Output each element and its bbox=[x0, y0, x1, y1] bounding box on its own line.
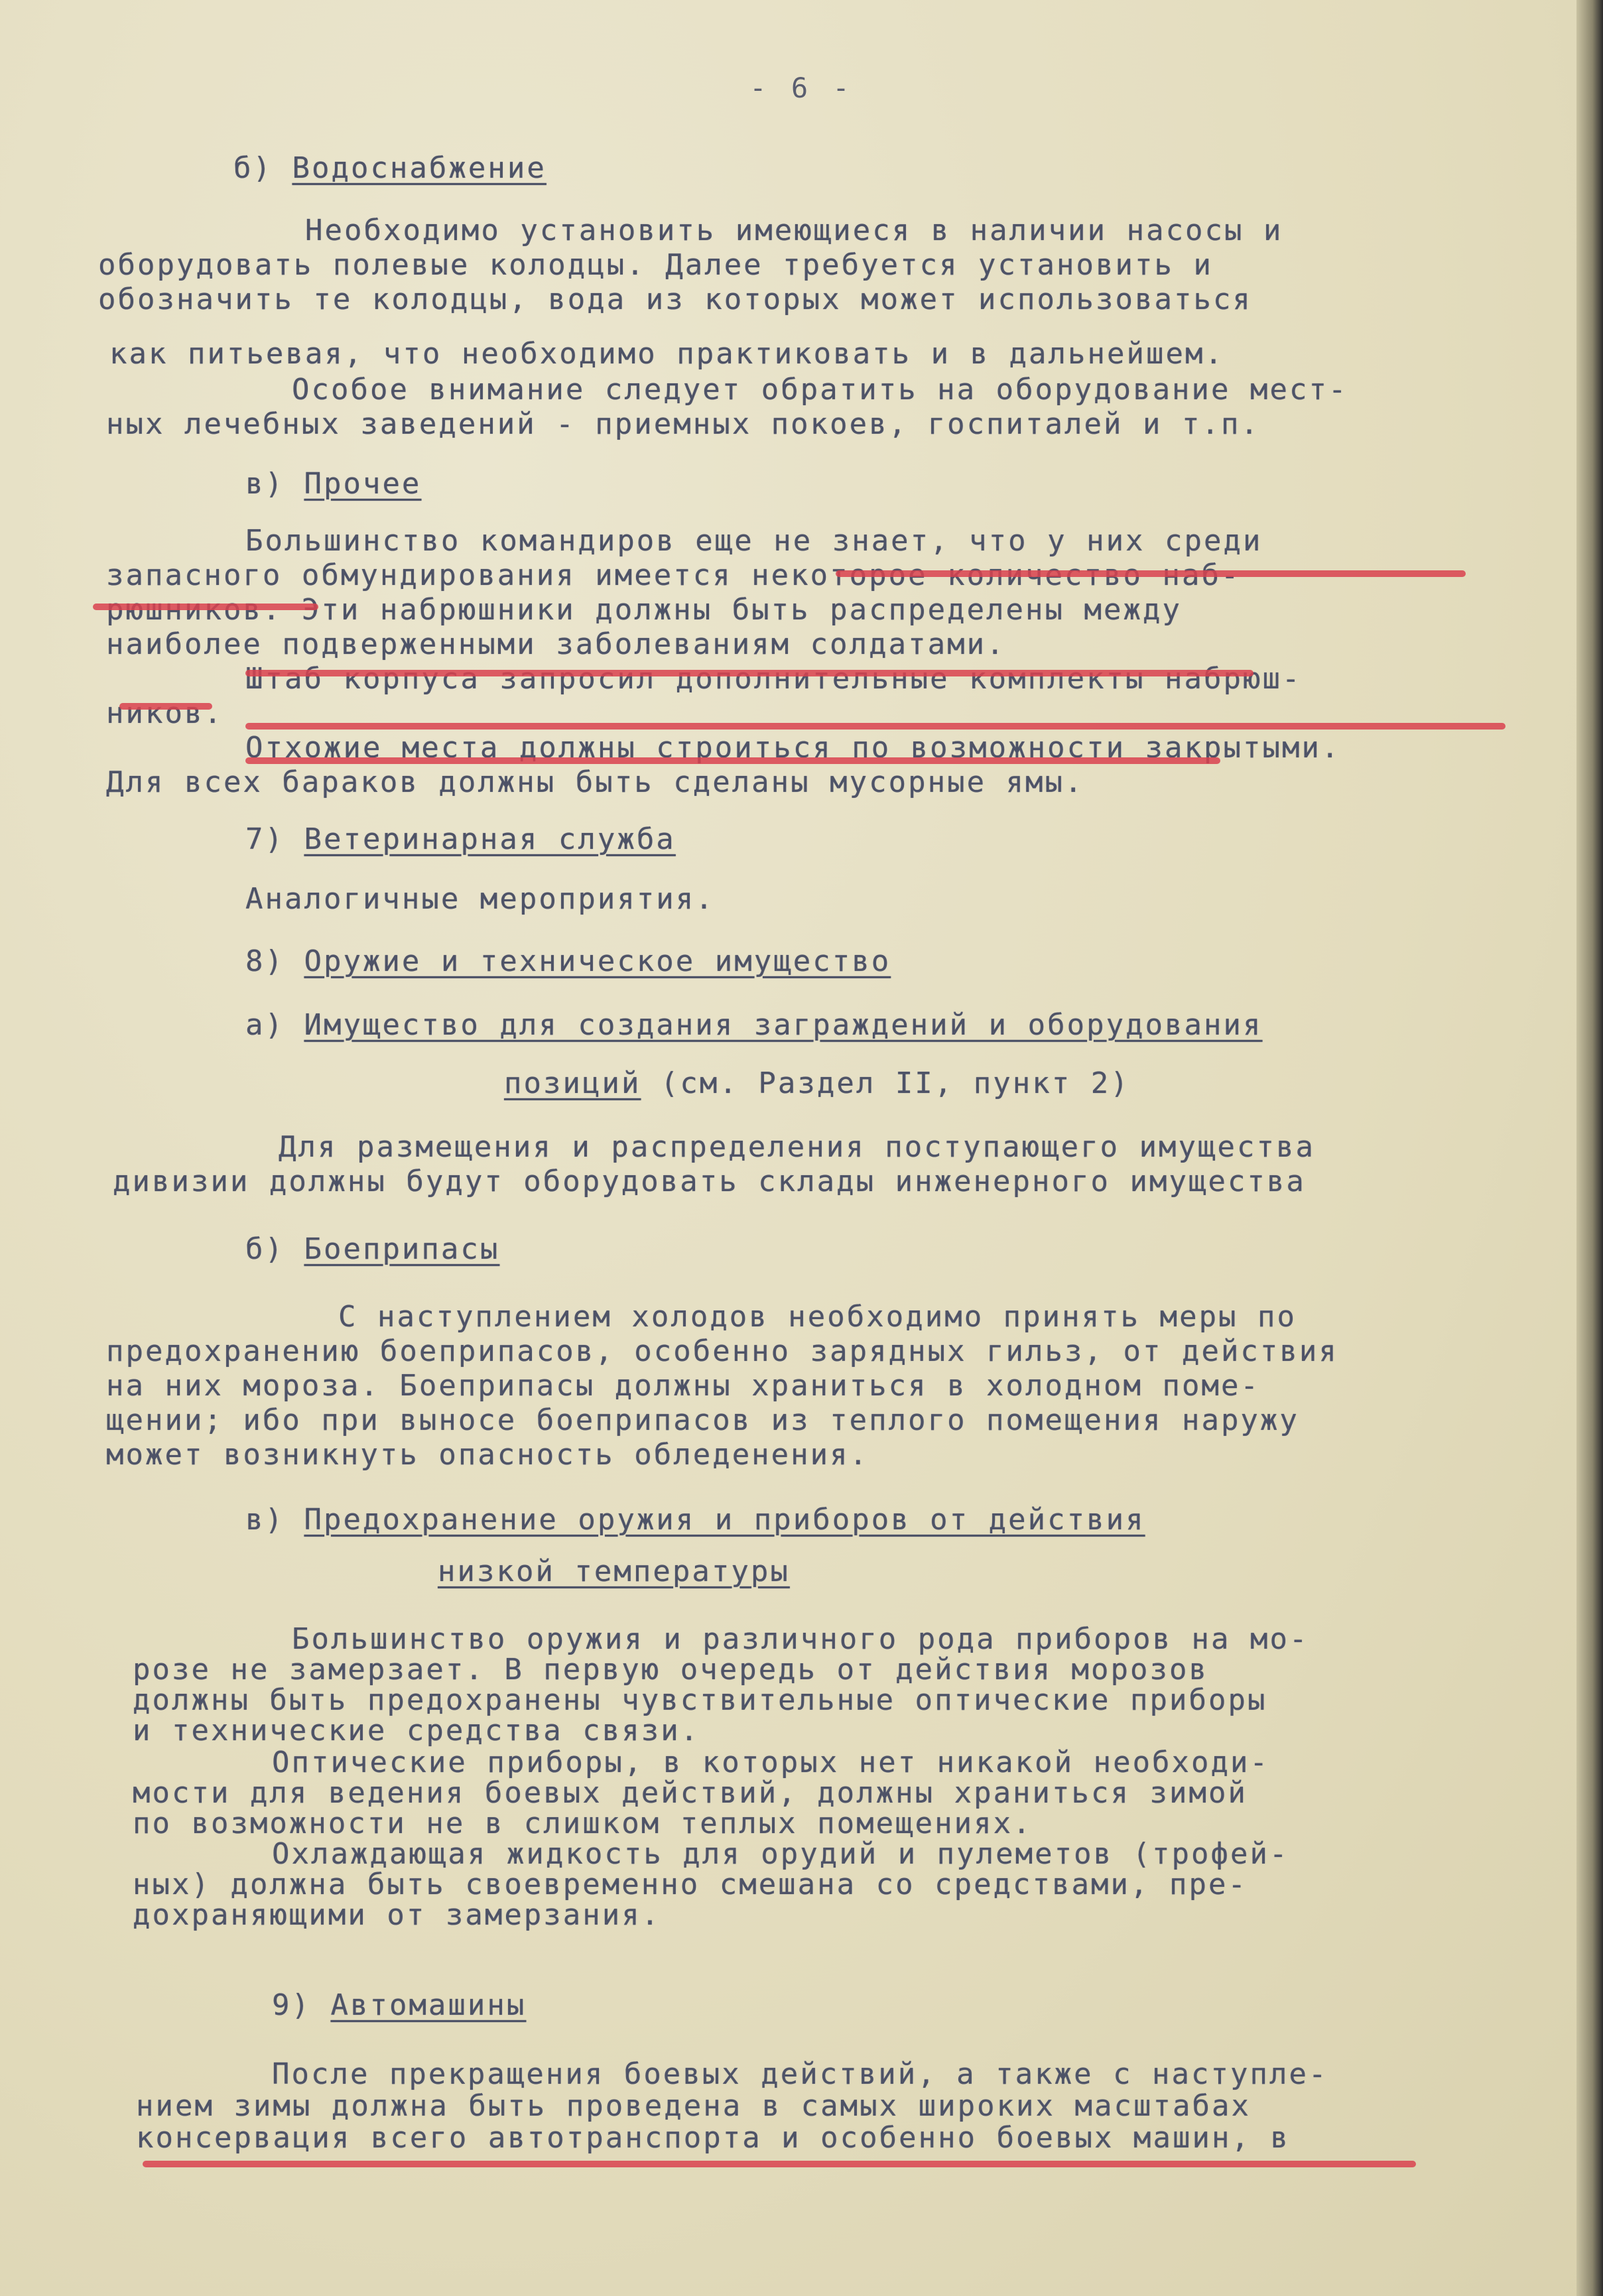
text-line: наиболее подверженными заболеваниям солд… bbox=[106, 627, 1006, 662]
heading-text: Предохранение оружия и приборов от дейст… bbox=[304, 1503, 1145, 1537]
page-number: - 6 - bbox=[0, 72, 1603, 104]
text-line: Для размещения и распределения поступающ… bbox=[279, 1130, 1315, 1165]
text-line: ных) должна быть своевременно смешана со… bbox=[133, 1868, 1248, 1902]
heading-prefix: 9) bbox=[272, 1988, 311, 2022]
text-line: Необходимо установить имеющиеся в наличи… bbox=[305, 214, 1283, 248]
heading-prefix: а) bbox=[245, 1008, 285, 1042]
text-line: и технические средства связи. bbox=[133, 1714, 700, 1748]
heading-text: Водоснабжение bbox=[292, 151, 546, 185]
text-line: После прекращения боевых действий, а так… bbox=[272, 2057, 1328, 2092]
section-heading-barriers-line2: позиций (см. Раздел II, пункт 2) bbox=[504, 1066, 1130, 1101]
red-pencil-underline bbox=[245, 670, 1253, 676]
red-pencil-underline bbox=[143, 2161, 1416, 2167]
text-line: ных лечебных заведений - приемных покоев… bbox=[106, 407, 1260, 442]
text-line: по возможности не в слишком теплых помещ… bbox=[133, 1807, 1033, 1841]
text-line: щении; ибо при выносе боеприпасов из теп… bbox=[106, 1403, 1299, 1438]
heading-text: позиций bbox=[504, 1066, 641, 1100]
text-line: на них мороза. Боеприпасы должны хранить… bbox=[106, 1369, 1260, 1403]
text-line: дохраняющими от замерзания. bbox=[133, 1898, 661, 1933]
red-pencil-underline bbox=[245, 723, 1506, 730]
heading-prefix: 7) bbox=[245, 822, 285, 856]
text-line: Большинство командиров еще не знает, что… bbox=[245, 524, 1263, 558]
text-line: нием зимы должна быть проведена в самых … bbox=[136, 2089, 1251, 2124]
section-heading-other: в) Прочее bbox=[245, 467, 421, 501]
section-heading-protection-line2: низкой температуры bbox=[438, 1555, 790, 1589]
text-line: С наступлением холодов необходимо принят… bbox=[338, 1300, 1297, 1334]
heading-text: Боеприпасы bbox=[304, 1232, 499, 1266]
text-line: оборудовать полевые колодцы. Далее требу… bbox=[98, 248, 1213, 283]
page-edge bbox=[1576, 0, 1603, 2296]
text-line: Штаб корпуса запросил дополнительные ком… bbox=[245, 662, 1301, 696]
heading-text: Автомашины bbox=[330, 1988, 526, 2022]
heading-text: Имущество для создания заграждений и обо… bbox=[304, 1008, 1262, 1042]
heading-prefix: б) bbox=[233, 151, 273, 185]
section-heading-water: б) Водоснабжение bbox=[233, 151, 546, 186]
section-heading-ammo: б) Боеприпасы bbox=[245, 1232, 499, 1267]
text-line: как питьевая, что необходимо практиковат… bbox=[109, 337, 1224, 371]
text-line: должны быть предохранены чувствительные … bbox=[133, 1683, 1267, 1718]
section-heading-weapons: 8) Оружие и техническое имущество bbox=[245, 944, 891, 979]
text-line: предохранению боеприпасов, особенно заря… bbox=[106, 1334, 1338, 1369]
section-heading-protection: в) Предохранение оружия и приборов от де… bbox=[245, 1503, 1145, 1537]
text-line: обозначить те колодцы, вода из которых м… bbox=[98, 283, 1252, 317]
heading-text: Ветеринарная служба bbox=[304, 822, 675, 856]
text-line: консервация всего автотранспорта и особе… bbox=[136, 2121, 1290, 2155]
section-heading-vehicles: 9) Автомашины bbox=[272, 1988, 526, 2023]
text-line: Оптические приборы, в которых нет никако… bbox=[272, 1746, 1269, 1780]
text-line: розе не замерзает. В первую очередь от д… bbox=[133, 1653, 1208, 1687]
heading-prefix: 8) bbox=[245, 944, 285, 978]
text-line: Охлаждающая жидкость для орудий и пулеме… bbox=[272, 1837, 1289, 1872]
heading-prefix: в) bbox=[245, 467, 285, 501]
section-heading-barriers: а) Имущество для создания заграждений и … bbox=[245, 1008, 1263, 1043]
red-pencil-underline bbox=[119, 703, 212, 710]
red-pencil-underline bbox=[245, 757, 1220, 764]
heading-text: Оружие и техническое имущество bbox=[304, 944, 891, 978]
heading-text: низкой температуры bbox=[438, 1555, 790, 1588]
heading-text: Прочее bbox=[304, 467, 421, 501]
text-line: ников. bbox=[106, 696, 224, 731]
section-heading-vet: 7) Ветеринарная служба bbox=[245, 822, 676, 857]
text-line: дивизии должны будут оборудовать склады … bbox=[113, 1165, 1306, 1199]
red-pencil-underline bbox=[836, 570, 1466, 577]
heading-prefix: б) bbox=[245, 1232, 285, 1266]
text-line: Аналогичные мероприятия. bbox=[245, 882, 715, 917]
text-line: Большинство оружия и различного рода при… bbox=[292, 1622, 1309, 1657]
text-line: может возникнуть опасность обледенения. bbox=[106, 1438, 869, 1472]
heading-reference: (см. Раздел II, пункт 2) bbox=[661, 1066, 1130, 1100]
text-line: Особое внимание следует обратить на обор… bbox=[292, 373, 1348, 407]
text-line: Для всех бараков должны быть сделаны мус… bbox=[106, 765, 1084, 800]
text-line: мости для ведения боевых действий, должн… bbox=[133, 1776, 1248, 1811]
red-pencil-underline bbox=[93, 604, 318, 610]
text-line: рюшников. Эти набрюшники должны быть рас… bbox=[106, 593, 1182, 627]
heading-prefix: в) bbox=[245, 1503, 285, 1537]
